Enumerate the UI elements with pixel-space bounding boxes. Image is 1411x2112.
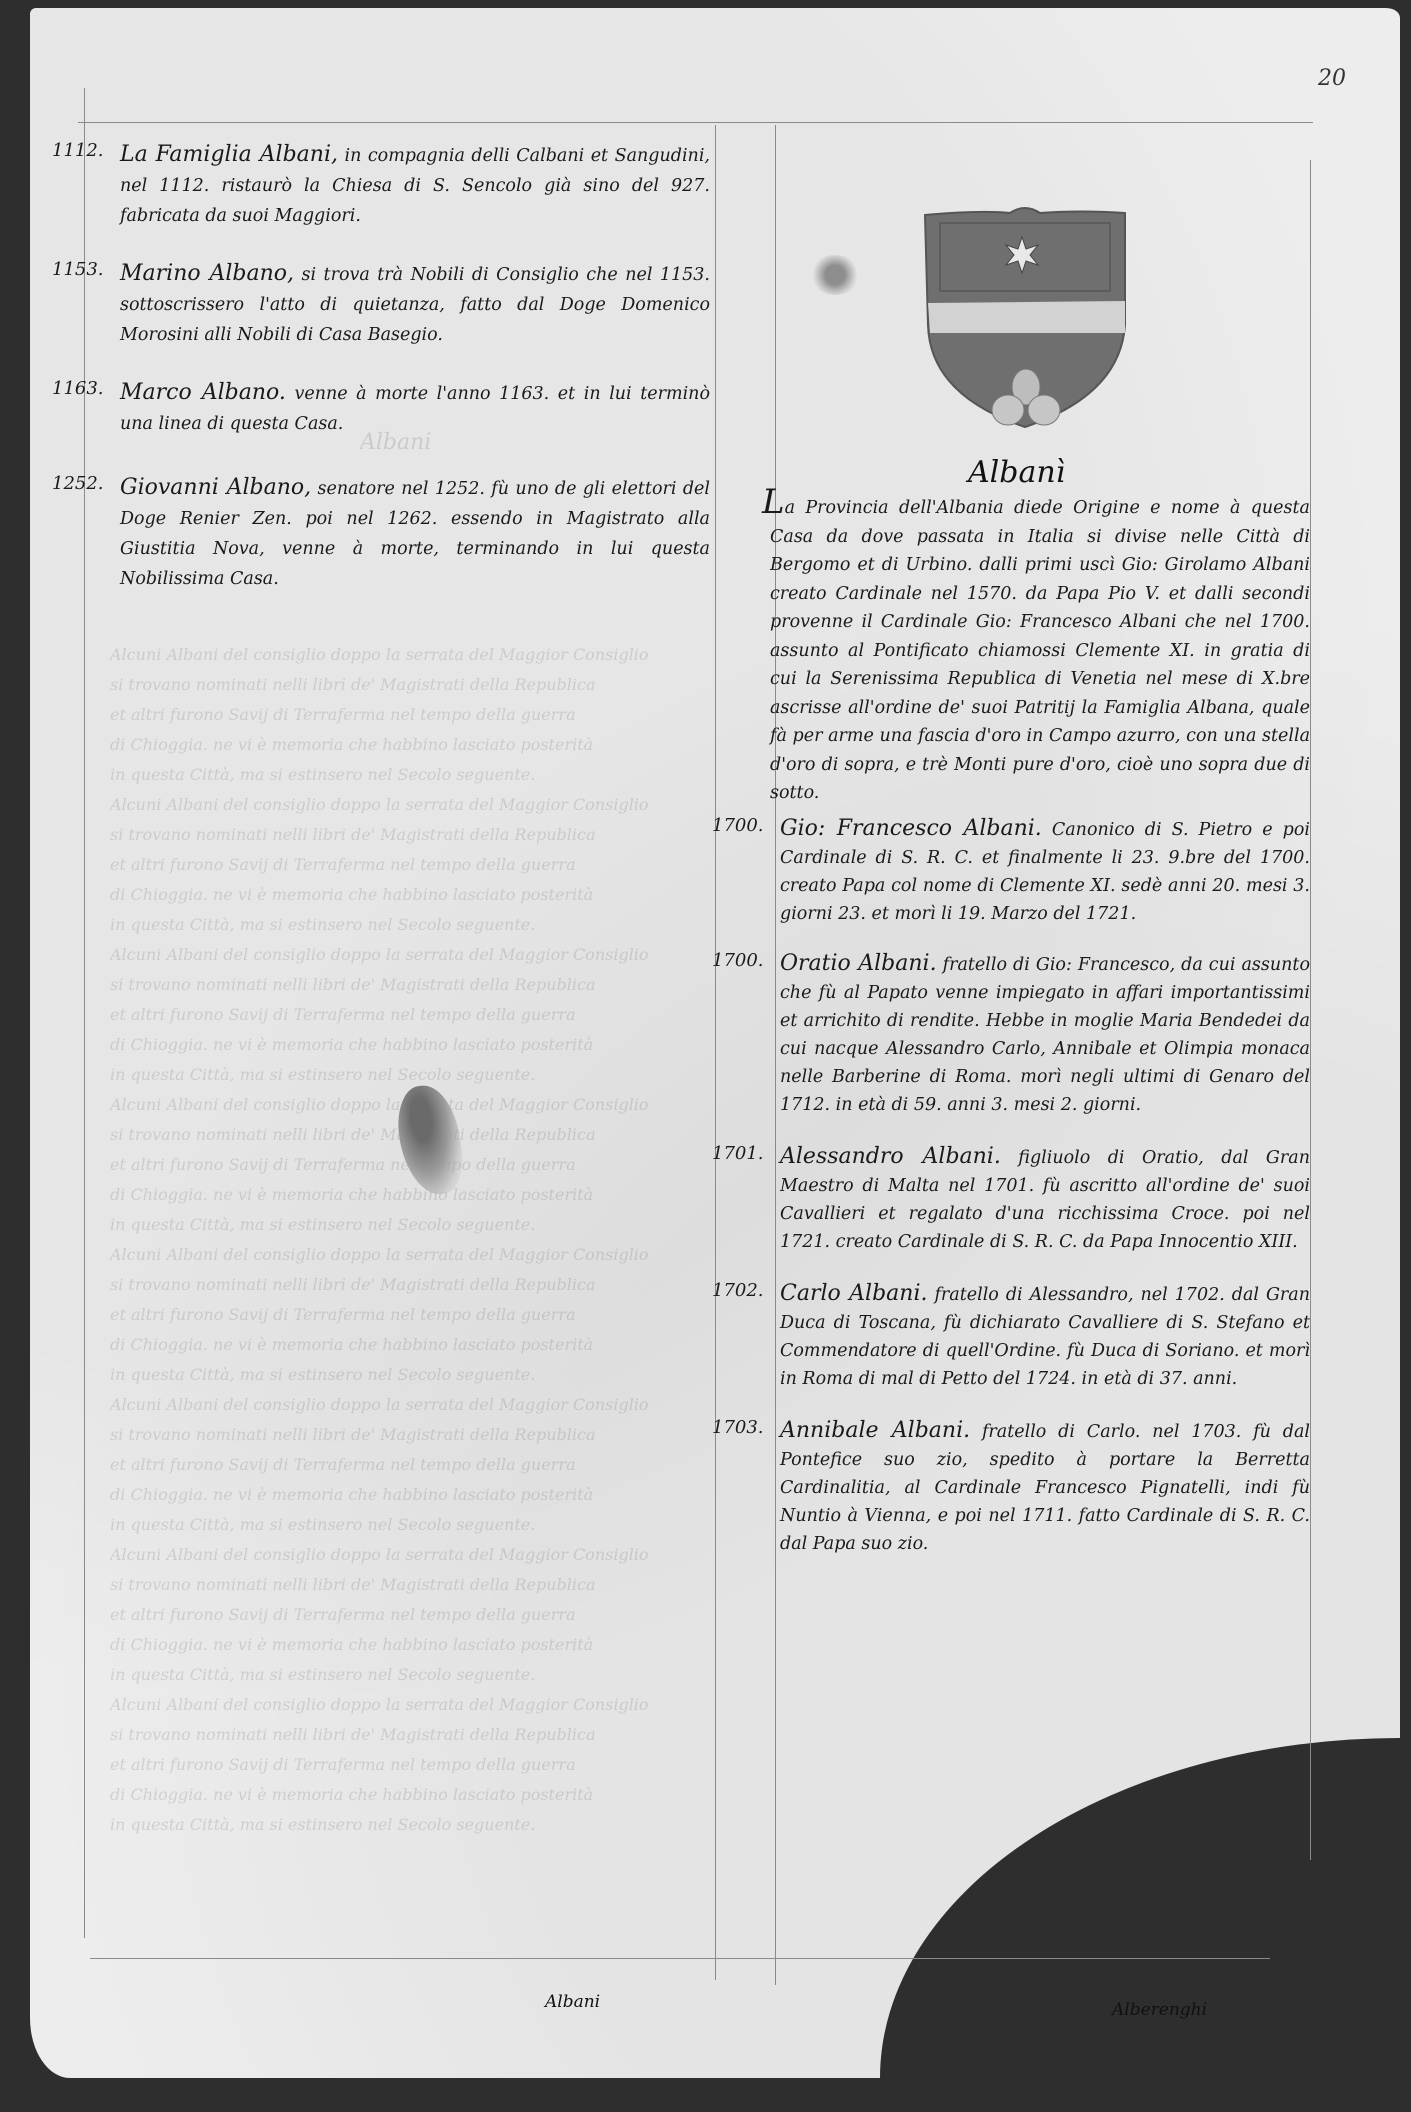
right-column: 1700. Gio: Francesco Albani. Canonico di… [780,815,1310,1586]
family-origin-paragraph: La Provincia dell'Albania diede Origine … [770,488,1310,808]
entry-text: fratello di Gio: Francesco, da cui assun… [780,955,1310,1115]
ink-blot [810,255,860,295]
entry-1153: 1153. Marino Albano, si trova trà Nobili… [120,259,710,350]
entry-name: La Famiglia Albani, [120,142,338,167]
right-margin-rule [1310,160,1311,1860]
catchword-left: Albani [545,1992,600,2012]
entry-1112: 1112. La Famiglia Albani, in compagnia d… [120,140,710,231]
coat-of-arms-icon [920,205,1130,430]
entry-name: Marino Albano, [120,261,294,286]
right-column-rule [775,125,776,1985]
entry-year: 1700. [712,950,764,971]
entry-1703-annibale: 1703. Annibale Albani. fratello di Carlo… [780,1417,1310,1558]
catchword-right: Alberenghi [1112,2000,1207,2020]
family-heading: Albanì [968,455,1065,490]
entry-year: 1701. [712,1143,764,1164]
entry-1700-clement: 1700. Gio: Francesco Albani. Canonico di… [780,815,1310,928]
entry-year: 1700. [712,815,764,836]
torn-page-edge [880,1738,1400,2078]
entry-name: Marco Albano. [120,380,286,405]
left-margin-rule [84,88,85,1938]
entry-1163: 1163. Marco Albano. venne à morte l'anno… [120,378,710,439]
entry-1701-alessandro: 1701. Alessandro Albani. figliuolo di Or… [780,1143,1310,1256]
show-through-text: Alcuni Albani del consiglio doppo la ser… [110,640,700,1840]
entry-year: 1252. [52,473,104,494]
entry-year: 1702. [712,1280,764,1301]
entry-name: Giovanni Albano, [120,475,311,500]
entry-1252: 1252. Giovanni Albano, senatore nel 1252… [120,473,710,594]
entry-year: 1153. [52,259,104,280]
left-column-rule [715,125,716,1980]
left-column: 1112. La Famiglia Albani, in compagnia d… [120,140,710,622]
entry-name: Gio: Francesco Albani. [780,816,1042,841]
entry-1702-carlo: 1702. Carlo Albani. fratello di Alessand… [780,1280,1310,1393]
folio-number: 20 [1318,66,1346,91]
entry-name: Oratio Albani. [780,951,937,976]
entry-year: 1703. [712,1417,764,1438]
entry-year: 1163. [52,378,104,399]
entry-1700-oratio: 1700. Oratio Albani. fratello di Gio: Fr… [780,950,1310,1119]
entry-name: Annibale Albani. [780,1418,970,1443]
entry-name: Alessandro Albani. [780,1144,1001,1169]
intro-text: a Provincia dell'Albania diede Origine e… [770,498,1310,803]
entry-name: Carlo Albani. [780,1281,927,1306]
bottom-rule [90,1958,1270,1959]
top-rule [78,122,1313,123]
drop-cap: L [762,482,785,522]
entry-year: 1112. [52,140,104,161]
